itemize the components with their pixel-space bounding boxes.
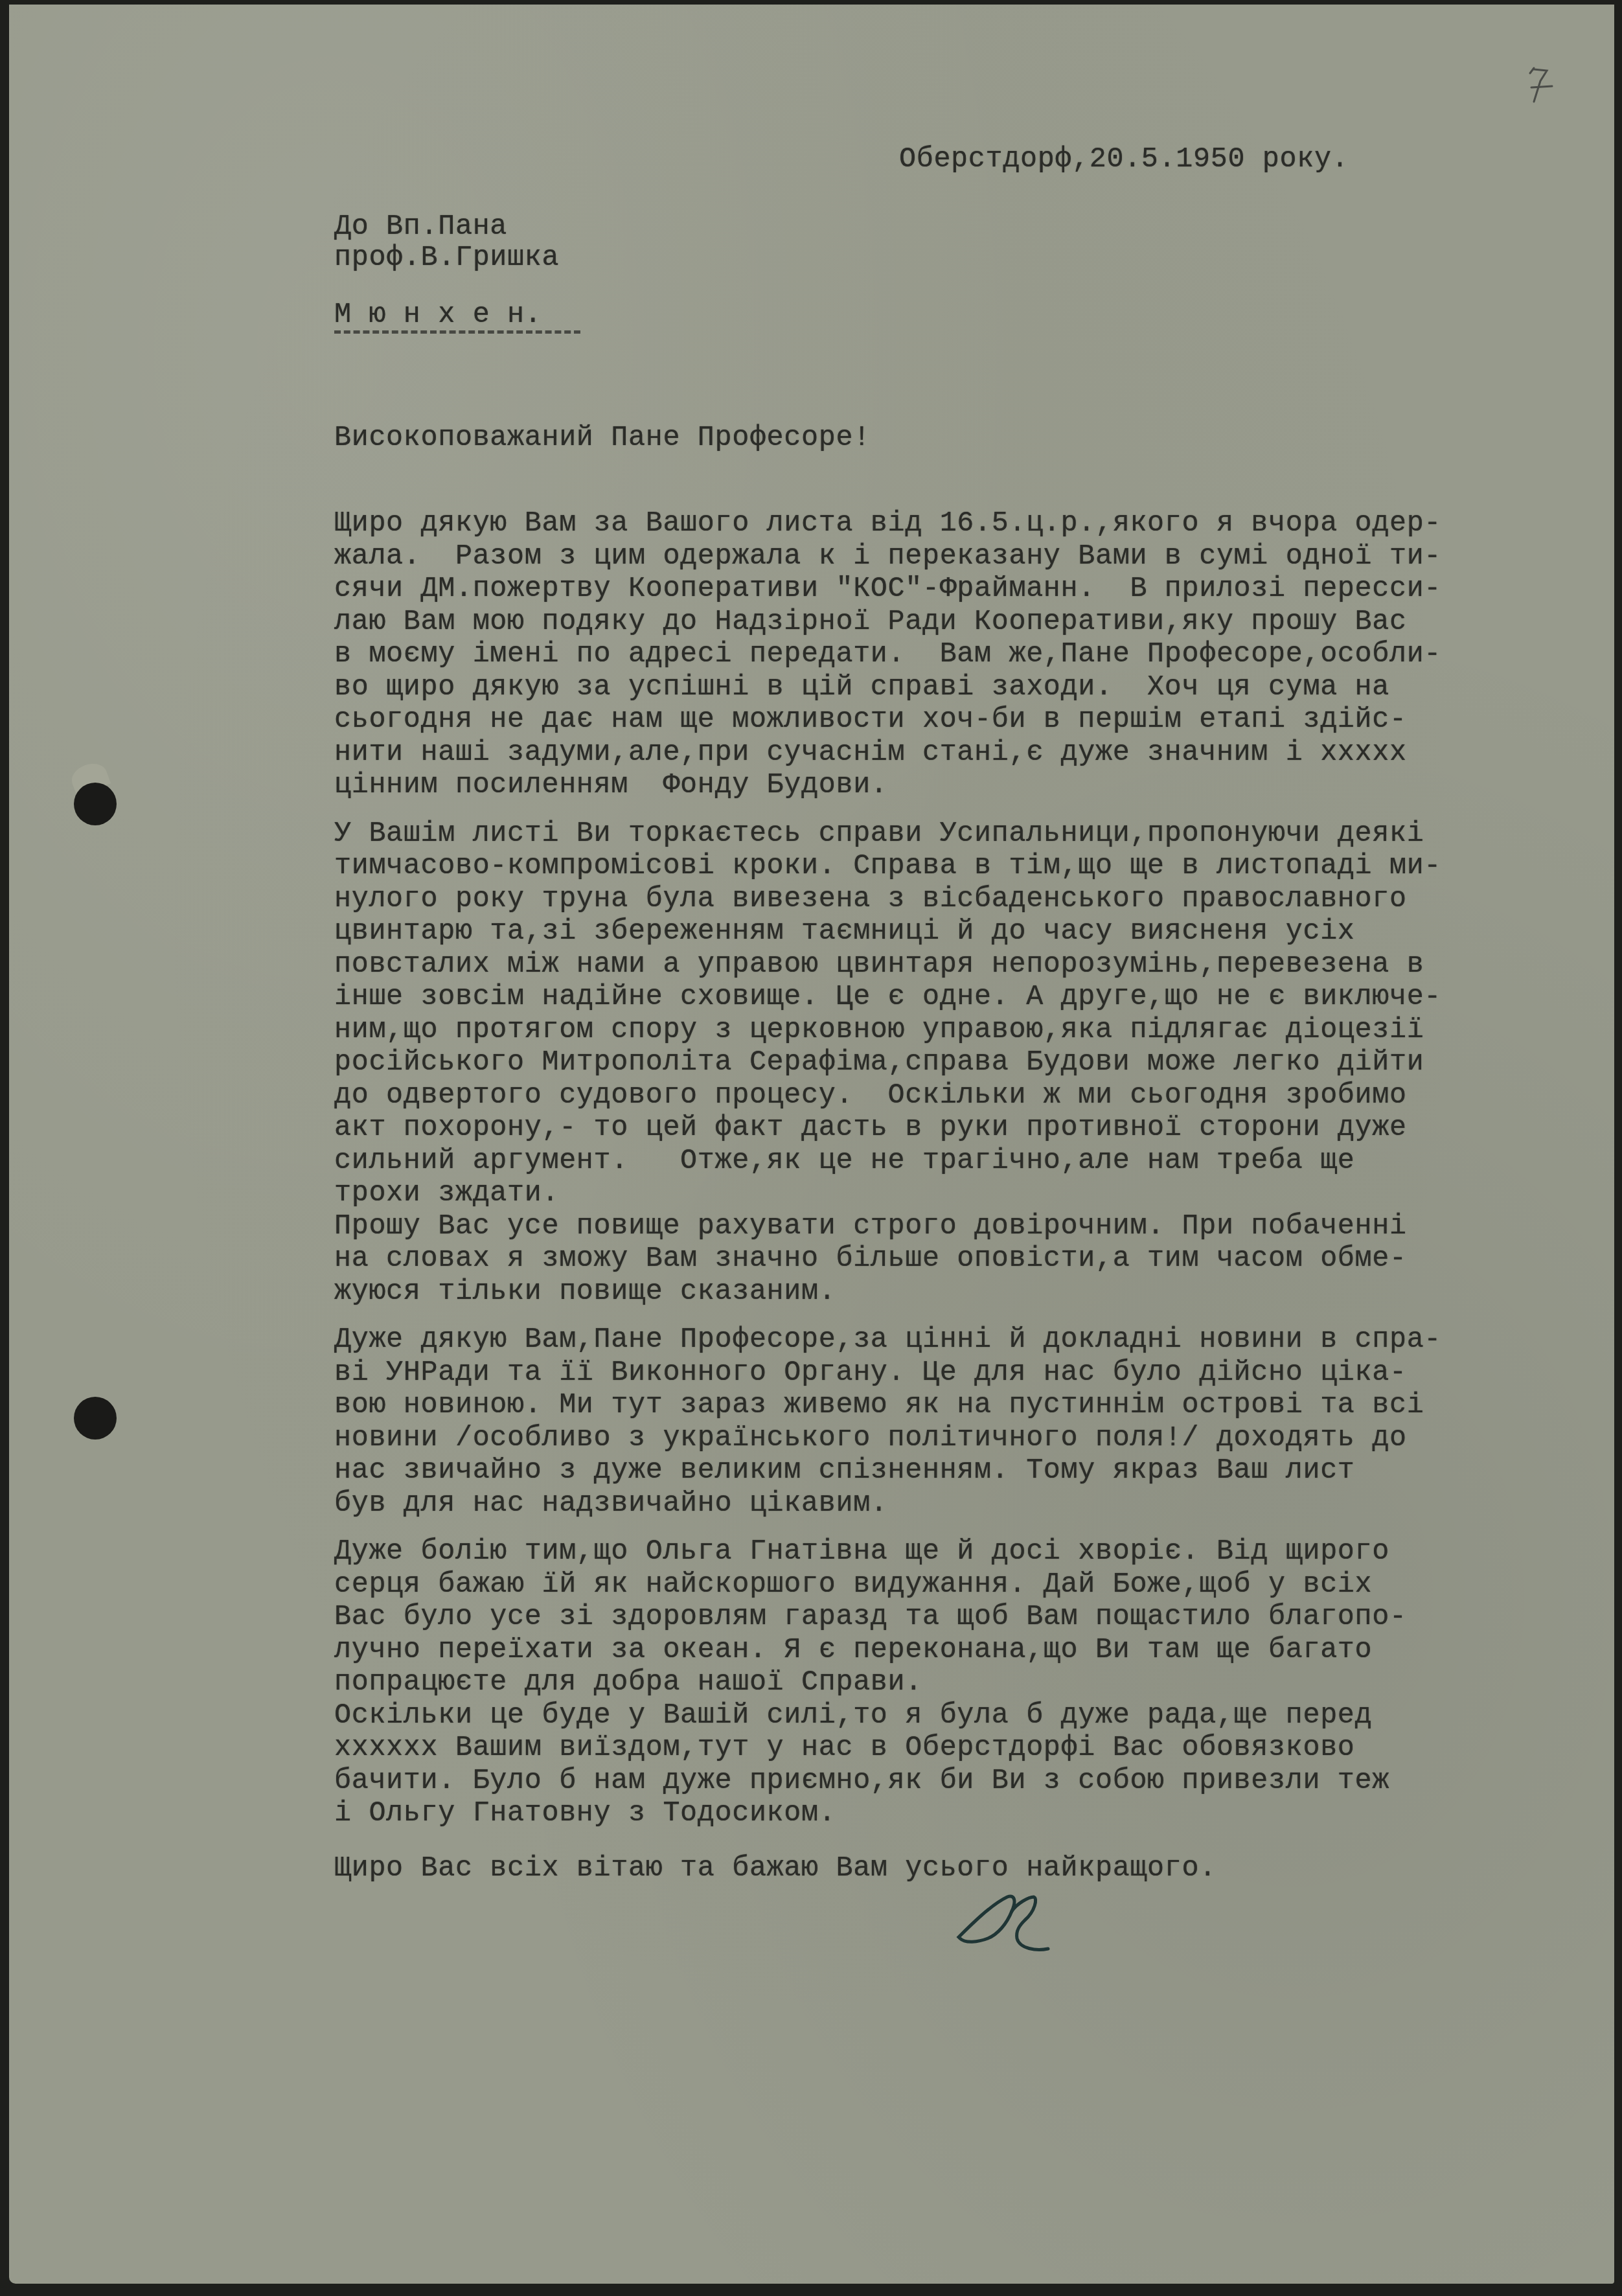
text-line: сьогодня не дає нам ще можливости хоч-би… — [334, 704, 1441, 737]
text-line: вою новиною. Ми тут зараз живемо як на п… — [334, 1390, 1441, 1423]
text-line: лучно переїхати за океан. Я є переконана… — [334, 1635, 1441, 1668]
text-line: цінним посиленням Фонду Будови. — [334, 770, 1441, 803]
text-line: російського Митрополіта Серафіма,справа … — [334, 1047, 1441, 1080]
text-line: був для нас надзвичайно цікавим. — [334, 1488, 1441, 1521]
text-line: тимчасово-компромісові кроки. Справа в т… — [334, 851, 1441, 884]
text-line: серця бажаю їй як найскоршого видужання.… — [334, 1569, 1441, 1602]
text-line: нулого року труна була вивезена з вісбад… — [334, 884, 1441, 917]
paragraph-mausoleum: У Вашім листі Ви торкаєтесь справи Усипа… — [334, 818, 1441, 1309]
text-line: бачити. Було б нам дуже приємно,як би Ви… — [334, 1765, 1441, 1798]
punch-hole-bottom — [74, 1397, 117, 1440]
text-line: Оскільки це буде у Вашій силі,то я була … — [334, 1700, 1441, 1733]
text-line: нас звичайно з дуже великим спізненням. … — [334, 1455, 1441, 1488]
addressee-line-1: До Вп.Пана — [334, 211, 507, 243]
text-line: У Вашім листі Ви торкаєтесь справи Усипа… — [334, 818, 1441, 851]
text-line: Щиро дякую Вам за Вашого листа від 16.5.… — [334, 508, 1441, 541]
salutation: Високоповажаний Пане Професоре! — [334, 422, 871, 454]
text-line: Вас було усе зі здоровлям гаразд та щоб … — [334, 1601, 1441, 1635]
text-line: во щиро дякую за успішні в цій справі за… — [334, 672, 1441, 705]
text-line: повсталих між нами а управою цвинтаря не… — [334, 949, 1441, 982]
closing-line: Щиро Вас всіх вітаю та бажаю Вам усього … — [334, 1853, 1216, 1885]
text-line: попрацюєте для добра нашої Справи. — [334, 1667, 1441, 1700]
paragraph-thanks: Щиро дякую Вам за Вашого листа від 16.5.… — [334, 508, 1441, 803]
handwritten-signature-icon — [952, 1892, 1062, 1963]
text-line: жала. Разом з цим одержала к і переказан… — [334, 541, 1441, 574]
text-line: ві УНРади та її Виконного Органу. Це для… — [334, 1357, 1441, 1390]
text-line: Прошу Вас усе повище рахувати строго дов… — [334, 1211, 1441, 1244]
handwritten-7-icon — [1522, 62, 1561, 107]
text-line: хххххх Вашим виїздом,тут у нас в Оберстд… — [334, 1732, 1441, 1765]
text-line: сильний аргумент. Отже,як це не трагічно… — [334, 1145, 1441, 1178]
text-line: і Ольгу Гнатовну з Тодосиком. — [334, 1798, 1441, 1831]
text-line: ним,що протягом спору з церковною управо… — [334, 1015, 1441, 1048]
signature — [952, 1892, 1062, 1963]
addressee-city: М ю н х е н. — [334, 299, 542, 331]
text-line: інше зовсім надійне сховище. Це є одне. … — [334, 982, 1441, 1015]
addressee-line-2: проф.В.Гришка — [334, 242, 559, 274]
text-line: в моєму імені по адресі передати. Вам же… — [334, 639, 1441, 672]
paragraph-news: Дуже дякую Вам,Пане Професоре,за цінні й… — [334, 1324, 1441, 1521]
text-line: Дуже дякую Вам,Пане Професоре,за цінні й… — [334, 1324, 1441, 1357]
text-line: до одвертого судового процесу. Оскільки … — [334, 1080, 1441, 1113]
letter-body: Щиро дякую Вам за Вашого листа від 16.5.… — [334, 508, 1441, 1831]
text-line: сячи ДМ.пожертву Кооперативи "КОС"-Фрайм… — [334, 573, 1441, 606]
text-line: Дуже болію тим,що Ольга Гнатівна ще й до… — [334, 1536, 1441, 1569]
text-line: лаю Вам мою подяку до Надзірної Ради Коо… — [334, 606, 1441, 639]
text-line: жуюся тільки повище сказаним. — [334, 1276, 1441, 1309]
text-line: трохи зждати. — [334, 1178, 1441, 1211]
text-line: новини /особливо з українського політичн… — [334, 1423, 1441, 1456]
text-line: цвинтарю та,зі збереженням таємниці й до… — [334, 916, 1441, 949]
punch-hole-top — [74, 783, 117, 825]
paragraph-wishes: Дуже болію тим,що Ольга Гнатівна ще й до… — [334, 1536, 1441, 1831]
text-line: акт похорону,- то цей факт дасть в руки … — [334, 1112, 1441, 1145]
city-underline — [334, 330, 580, 334]
text-line: на словах я зможу Вам значно більше опов… — [334, 1243, 1441, 1276]
text-line: нити наші задуми,але,при сучаснім стані,… — [334, 737, 1441, 770]
page-number-mark — [1522, 62, 1561, 107]
date-line: Оберстдорф,20.5.1950 року. — [899, 144, 1349, 176]
